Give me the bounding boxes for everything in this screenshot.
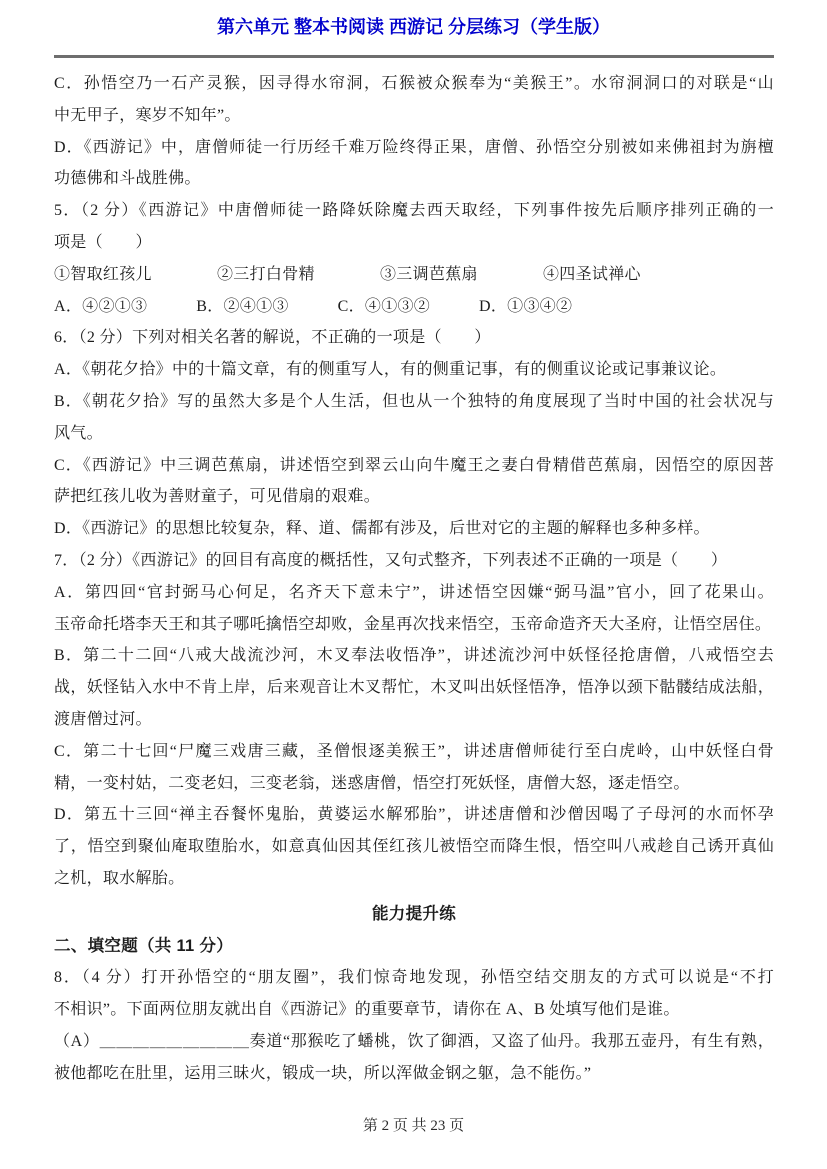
document-line: C．孙悟空乃一石产灵猴，因寻得水帘洞，石猴被众猴奉为“美猴王”。水帘洞洞口的对联…	[54, 68, 774, 100]
document-line: 战，妖怪钻入水中不肯上岸，后来观音让木叉帮忙，木叉叫出妖怪悟净，悟净以颈下骷髅结…	[54, 672, 774, 704]
document-line: A．④②①③ B．②④①③ C．④①③② D．①③④②	[54, 291, 774, 323]
page-title: 第六单元 整本书阅读 西游记 分层练习（学生版）	[0, 14, 827, 40]
document-line: 能力提升练	[54, 899, 774, 931]
document-line: D．《西游记》的思想比较复杂，释、道、儒都有涉及，后世对它的主题的解释也多种多样…	[54, 513, 774, 545]
document-line: 二、填空题（共 11 分）	[54, 931, 774, 963]
document-line: D．第五十三回“禅主吞餐怀鬼胎，黄婆运水解邪胎”，讲述唐僧和沙僧因喝了子母河的水…	[54, 799, 774, 831]
document-line: 萨把红孩儿收为善财童子，可见借扇的艰难。	[54, 481, 774, 513]
document-line: 玉帝命托塔李天王和其子哪吒擒悟空却败，金星再次找来悟空，玉帝命造齐天大圣府，让悟…	[54, 609, 774, 641]
document-line: （A）＿＿＿＿＿＿＿＿＿奏道“那猴吃了蟠桃，饮了御酒，又盗了仙丹。我那五壶丹，有…	[54, 1026, 774, 1058]
document-line: 中无甲子，寒岁不知年”。	[54, 100, 774, 132]
page-number: 第 2 页 共 23 页	[0, 1112, 827, 1140]
document-line: B．第二十二回“八戒大战流沙河，木叉奉法收悟净”，讲述流沙河中妖怪径抢唐僧，八戒…	[54, 640, 774, 672]
document-line: B．《朝花夕拾》写的虽然大多是个人生活，但也从一个独特的角度展现了当时中国的社会…	[54, 386, 774, 418]
document-line: C．《西游记》中三调芭蕉扇，讲述悟空到翠云山向牛魔王之妻白骨精借芭蕉扇，因悟空的…	[54, 450, 774, 482]
document-line: 精，一变村姑，二变老妇，三变老翁，迷惑唐僧，悟空打死妖怪，唐僧大怒，逐走悟空。	[54, 768, 774, 800]
document-line: 项是（ ）	[54, 227, 774, 259]
document-line: 8．（4 分）打开孙悟空的“朋友圈”，我们惊奇地发现，孙悟空结交朋友的方式可以说…	[54, 962, 774, 994]
document-line: 5．（2 分）《西游记》中唐僧师徒一路降妖除魔去西天取经，下列事件按先后顺序排列…	[54, 195, 774, 227]
header-divider	[54, 55, 774, 58]
document-line: C．第二十七回“尸魔三戏唐三藏，圣僧恨逐美猴王”，讲述唐僧师徒行至白虎岭，山中妖…	[54, 736, 774, 768]
document-line: 6．（2 分）下列对相关名著的解说，不正确的一项是（ ）	[54, 322, 774, 354]
document-line: 被他都吃在肚里，运用三昧火，锻成一块，所以浑做金钢之躯，急不能伤。”	[54, 1058, 774, 1090]
document-line: A．《朝花夕拾》中的十篇文章，有的侧重写人，有的侧重记事，有的侧重议论或记事兼议…	[54, 354, 774, 386]
document-body: C．孙悟空乃一石产灵猴，因寻得水帘洞，石猴被众猴奉为“美猴王”。水帘洞洞口的对联…	[54, 68, 774, 1090]
document-line: 了，悟空到聚仙庵取堕胎水，如意真仙因其侄红孩儿被悟空而降生恨，悟空叫八戒趁自己诱…	[54, 831, 774, 863]
document-line: 7．（2 分）《西游记》的回目有高度的概括性，又句式整齐，下列表述不正确的一项是…	[54, 545, 774, 577]
document-line: 渡唐僧过河。	[54, 704, 774, 736]
document-line: 之机，取水解胎。	[54, 863, 774, 895]
document-line: 风气。	[54, 418, 774, 450]
document-line: 不相识”。下面两位朋友就出自《西游记》的重要章节，请你在 A、B 处填写他们是谁…	[54, 994, 774, 1026]
document-line: 功德佛和斗战胜佛。	[54, 163, 774, 195]
worksheet-page: 第六单元 整本书阅读 西游记 分层练习（学生版） C．孙悟空乃一石产灵猴，因寻得…	[0, 0, 827, 1169]
document-line: ①智取红孩儿 ②三打白骨精 ③三调芭蕉扇 ④四圣试禅心	[54, 259, 774, 291]
document-line: D．《西游记》中，唐僧师徒一行历经千难万险终得正果，唐僧、孙悟空分别被如来佛祖封…	[54, 132, 774, 164]
document-line: A．第四回“官封弼马心何足，名齐天下意未宁”，讲述悟空因嫌“弼马温”官小，回了花…	[54, 577, 774, 609]
